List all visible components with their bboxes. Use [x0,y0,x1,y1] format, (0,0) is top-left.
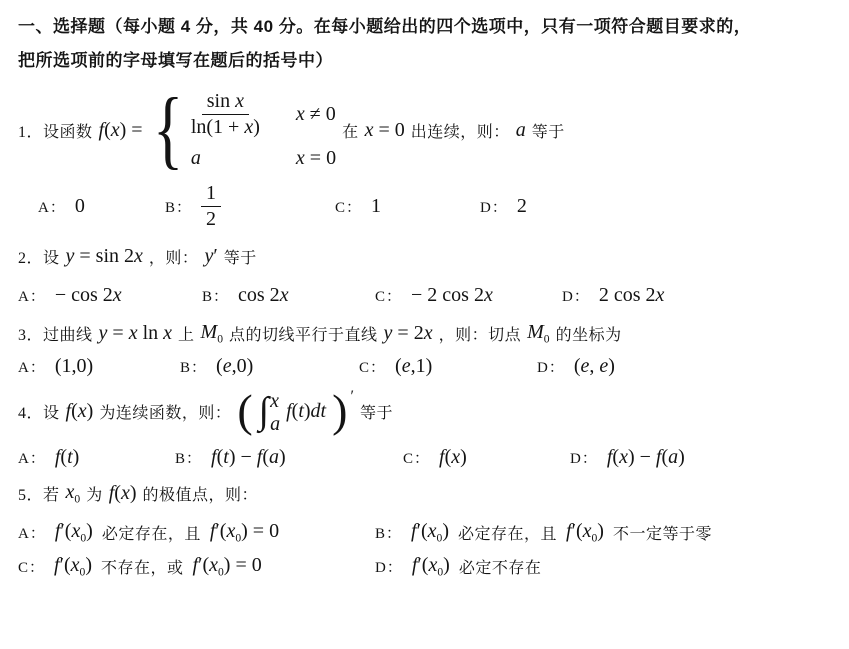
integral-glyph: ∫ [259,392,269,430]
q5-option-d: D： f′(x0) 必定不存在 [375,554,541,578]
q3-line-equation: y = 2x [384,322,433,345]
question-2-options: A： − cos 2x B： cos 2x C： − 2 cos 2x D： 2… [18,284,833,307]
q1-x-equals-0: x = 0 [365,119,405,142]
option-label: A： [18,356,46,377]
lower-limit: a [270,413,280,436]
q5-text-2: 为 [86,482,103,505]
section-header: 一、选择题（每小题 4 分，共 40 分。在每小题给出的四个选项中，只有一项符合… [18,10,833,78]
option-label: A： [38,196,66,217]
question-3-options: A： (1,0) B： (e,0) C： (e,1) D： (e, e) [18,355,833,378]
q5-option-b: B： f′(x0) 必定存在，且 f′(x0) 不一定等于零 [375,520,712,544]
left-brace-icon: { [153,90,183,170]
option-value: cos 2x [238,284,289,307]
q3-option-c: C： (e,1) [359,355,537,378]
right-paren-icon: ) [332,388,347,434]
q3-text-5: 的坐标为 [556,322,622,345]
option-math-1: f′(x0) [55,520,93,544]
integrand: f(t)dt [286,400,326,423]
question-1-stem: 1．设函数 f(x) = { sin x ln(1 + x) x ≠ 0 a x… [18,90,833,170]
q4-text-2: 为连续函数，则： [99,400,231,423]
option-label: B： [180,356,207,377]
q5-fx: f(x) [109,482,137,505]
option-value: 0 [75,195,85,218]
q2-option-d: D： 2 cos 2x [562,284,664,307]
question-3-stem: 3．过曲线 y = x ln x 上 M0 点的切线平行于直线 y = 2x ，… [18,321,833,345]
option-math-1: f′(x0) [54,554,92,578]
option-value: − cos 2x [55,284,122,307]
prime-mark: ′ [350,388,354,406]
option-label: C： [403,447,430,468]
q1-text-2: 在 [342,119,359,142]
option-label: D： [570,447,598,468]
option-label: C： [375,285,402,306]
q2-equation: y = sin 2x [66,245,143,268]
option-label: D： [562,285,590,306]
q1-text-4: 等于 [532,119,565,142]
q2-option-a: A： − cos 2x [18,284,202,307]
q1-option-d: D： 2 [480,195,527,218]
option-value: f(t) [55,446,79,469]
option-value: − 2 cos 2x [411,284,493,307]
option-text-1: 必定不存在 [459,555,542,578]
question-4-stem: 4．设 f(x) 为连续函数，则： ( ∫ x a f(t)dt ) ′ 等于 [18,388,833,434]
option-text-1: 必定存在，且 [458,521,557,544]
q4-option-b: B： f(t) − f(a) [175,446,403,469]
q2-text-2: ，则： [149,245,199,268]
q5-x0: x0 [66,481,81,505]
q1-option-b: B： 1 2 [165,182,335,231]
option-label: B： [375,522,402,543]
q1-option-c: C： 1 [335,195,480,218]
option-label: D： [480,196,508,217]
question-1-options: A： 0 B： 1 2 C： 1 D： 2 [38,182,833,231]
q4-number-text: 4．设 [18,400,60,423]
q3-option-a: A： (1,0) [18,355,180,378]
option-label: B： [202,285,229,306]
q3-text-2: 上 [178,322,195,345]
option-value: (e,0) [216,355,253,378]
integral-limits: x a [270,390,280,432]
q5-option-a: A： f′(x0) 必定存在，且 f′(x0) = 0 [18,520,375,544]
q1-piecewise-cases: sin x ln(1 + x) x ≠ 0 a x = 0 [191,90,336,170]
option-math-2: f′(x0) [566,520,604,544]
q4-option-c: C： f(x) [403,446,570,469]
option-label: A： [18,285,46,306]
option-text-1: 不存在，或 [101,555,184,578]
option-value: (e, e) [574,355,615,378]
q2-text-3: 等于 [224,245,257,268]
option-value: (1,0) [55,355,93,378]
q4-text-3: 等于 [360,400,393,423]
q1-text-3: 出连续，则： [411,119,510,142]
option-label: C： [359,356,386,377]
fraction-denominator: 2 [206,207,216,231]
option-fraction: 1 2 [201,182,221,231]
q3-point-m0-2: M0 [527,321,549,345]
upper-limit: x [270,390,280,413]
option-math-2: f′(x0) = 0 [210,520,279,544]
q3-text-3: 点的切线平行于直线 [229,322,378,345]
option-label: C： [335,196,362,217]
q4-option-a: A： f(t) [18,446,175,469]
question-5-options-row-1: A： f′(x0) 必定存在，且 f′(x0) = 0 B： f′(x0) 必定… [18,520,833,544]
fraction-denominator: ln(1 + x) [191,115,260,139]
option-value: f(x) [439,446,467,469]
option-label: C： [18,556,45,577]
option-math-1: f′(x0) [411,520,449,544]
option-label: D： [375,556,403,577]
question-4-options: A： f(t) B： f(t) − f(a) C： f(x) D： f(x) −… [18,446,833,469]
q3-curve-equation: y = x ln x [99,322,173,345]
q1-var-a: a [516,119,526,142]
option-text-1: 必定存在，且 [102,521,201,544]
option-label: B： [175,447,202,468]
option-math-1: f′(x0) [412,554,450,578]
q1-case1-fraction: sin x ln(1 + x) [191,90,260,139]
option-value: f(t) − f(a) [211,446,286,469]
fraction-numerator: sin x [202,90,249,115]
header-line-1: 一、选择题（每小题 4 分，共 40 分。在每小题给出的四个选项中，只有一项符合… [18,10,833,44]
q3-point-m0: M0 [201,321,223,345]
option-value: 2 [517,195,527,218]
q1-number-text: 1．设函数 [18,119,93,142]
q3-option-d: D： (e, e) [537,355,615,378]
q4-fx: f(x) [66,400,94,423]
option-value: 2 cos 2x [599,284,665,307]
option-label: A： [18,447,46,468]
q2-number-text: 2．设 [18,245,60,268]
header-line-2: 把所选项前的字母填写在题后的括号中） [18,44,833,78]
q3-option-b: B： (e,0) [180,355,359,378]
option-value: (e,1) [395,355,432,378]
q2-option-c: C： − 2 cos 2x [375,284,562,307]
q3-text-4: ，则：切点 [439,322,522,345]
question-5-stem: 5．若 x0 为 f(x) 的极值点，则： [18,481,833,505]
option-math-2: f′(x0) = 0 [193,554,262,578]
q2-option-b: B： cos 2x [202,284,375,307]
q2-y-prime: y′ [204,245,217,268]
option-value: f(x) − f(a) [607,446,685,469]
option-label: A： [18,522,46,543]
q1-fx-equals: f(x) = [99,119,143,142]
fraction-numerator: 1 [201,182,221,207]
q3-number-text: 3．过曲线 [18,322,93,345]
option-label: D： [537,356,565,377]
option-value: 1 [371,195,381,218]
option-text-2: 不一定等于零 [613,521,712,544]
question-2-stem: 2．设 y = sin 2x ，则： y′ 等于 [18,245,833,268]
q5-text-3: 的极值点，则： [143,482,259,505]
q1-option-a: A： 0 [38,195,165,218]
left-paren-icon: ( [237,388,252,434]
question-5-options-row-2: C： f′(x0) 不存在，或 f′(x0) = 0 D： f′(x0) 必定不… [18,554,833,578]
q4-option-d: D： f(x) − f(a) [570,446,685,469]
q1-case1-condition: x ≠ 0 [296,103,336,126]
q5-option-c: C： f′(x0) 不存在，或 f′(x0) = 0 [18,554,375,578]
q5-number-text: 5．若 [18,482,60,505]
integral-sign: ∫ x a [259,390,280,432]
exam-page: 一、选择题（每小题 4 分，共 40 分。在每小题给出的四个选项中，只有一项符合… [0,0,849,579]
option-label: B： [165,196,192,217]
q1-case2-condition: x = 0 [296,147,336,170]
q1-case2-value: a [191,147,201,170]
